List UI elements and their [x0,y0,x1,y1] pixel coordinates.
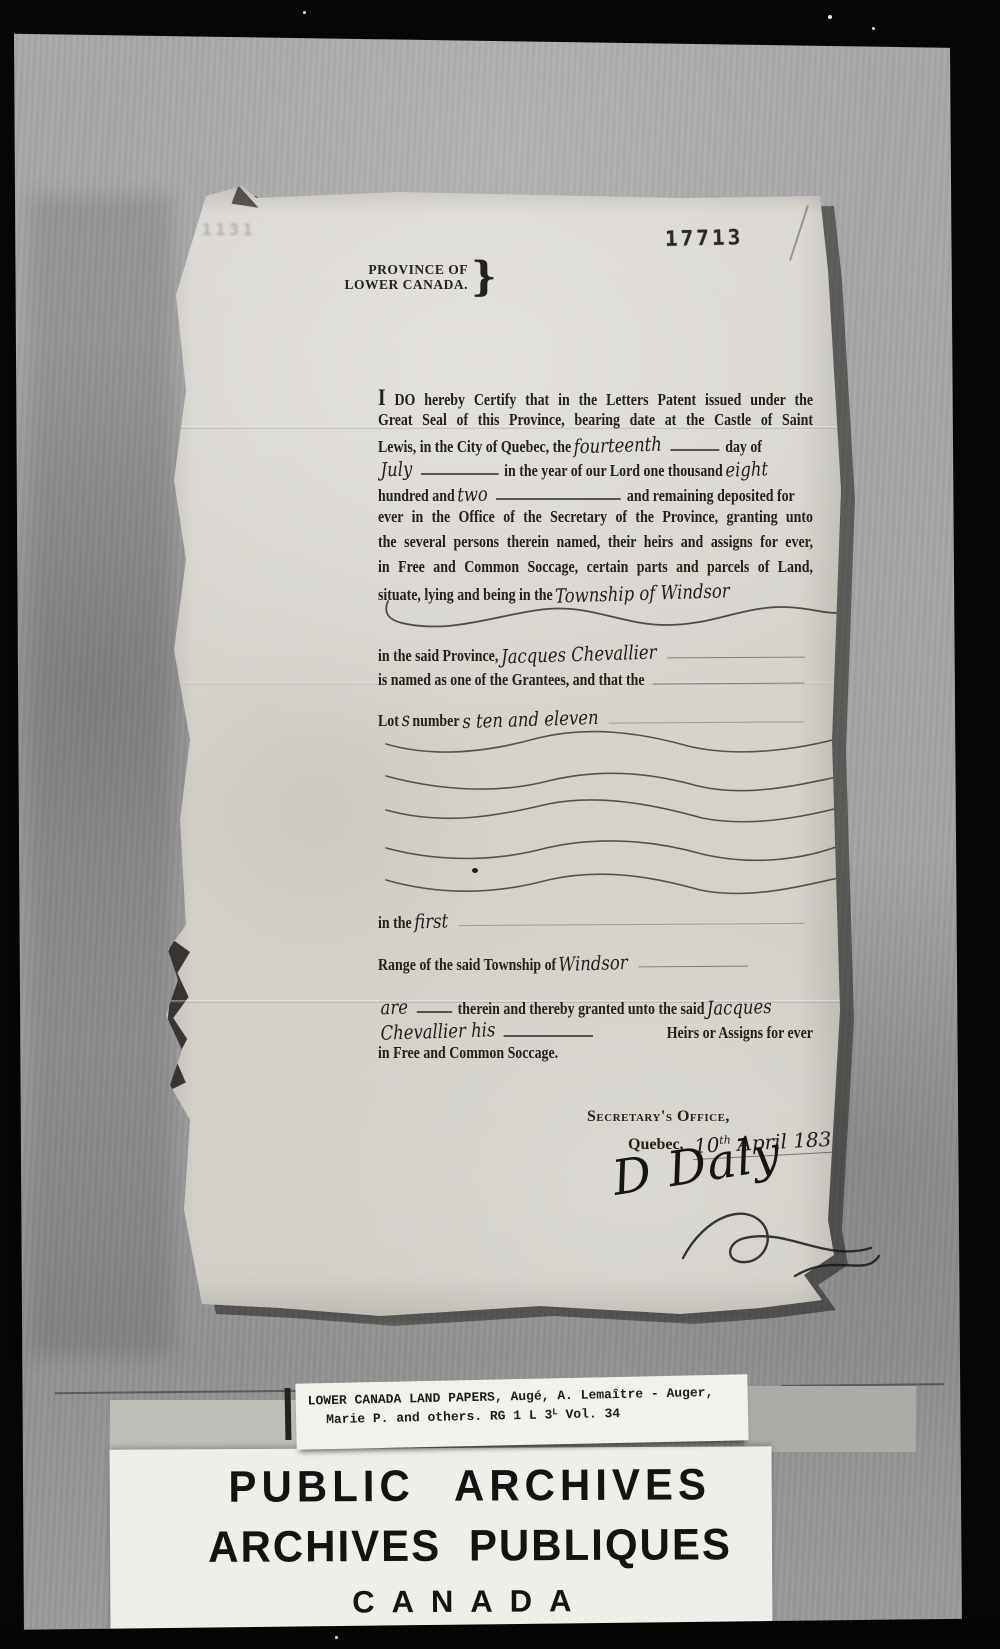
pen-dash [416,1002,451,1012]
body-line-2: Great Seal of this Province, bearing dat… [378,410,813,430]
body-line-7: the several persons therein named, their… [378,532,813,552]
handwritten-day: fourteenth [573,433,662,459]
faint-stamp-number: 1131 [202,220,257,239]
handwritten-grantee-first-name: Jacques [707,995,772,1020]
film-speck [335,1636,338,1639]
handwritten-year-part: eight [725,457,768,481]
film-speck [872,27,875,30]
document-number-stamp: 17713 [665,225,744,251]
archives-country: CANADA [168,1582,772,1621]
label-edge-shadow [285,1388,292,1440]
underlying-label-patch [110,1400,310,1454]
handwritten-year-part: two [457,483,488,507]
body-line-16: Chevallier his Heirs or Assigns for ever [378,1020,813,1043]
film-speck [303,11,306,14]
secretarys-office-heading: Secretary's Office, [587,1108,730,1126]
board-left-shading [28,195,173,1355]
pen-wave-filler-lines [382,728,852,913]
body-line-6: ever in the Office of the Secretary of t… [378,507,813,527]
body-line-17: in Free and Common Soccage. [378,1043,813,1063]
pen-dash [421,464,499,474]
body-line-15: are therein and thereby granted unto the… [378,996,813,1019]
archives-title-en: PUBLIC ARCHIVES [168,1459,772,1513]
body-line-11: is named as one of the Grantees, and tha… [378,670,813,690]
public-archives-label: PUBLIC ARCHIVES ARCHIVES PUBLIQUES CANAD… [110,1446,773,1629]
pen-rule [459,916,805,927]
underlying-label-patch [744,1386,916,1452]
handwritten-grantee-name: Jacques Chevallier [501,641,657,669]
body-line-14: Range of the said Township of Windsor [378,952,813,975]
province-heading: PROVINCE OF LOWER CANADA. } [336,260,497,294]
pen-rule [667,650,804,659]
top-right-crease [789,205,809,261]
curly-brace: } [471,260,497,294]
body-line-3: Lewis, in the City of Quebec, the fourte… [378,434,813,457]
handwritten-grantee-surname: Chevallier his [380,1018,495,1045]
handwritten-township: Windsor [558,951,628,976]
pen-rule [609,715,804,725]
drop-initial: I [378,385,386,410]
province-line2: LOWER CANADA. [336,277,468,292]
pen-dash [504,1026,593,1036]
countersignature-flourish [675,1192,885,1292]
province-heading-text: PROVINCE OF LOWER CANADA. [336,262,468,292]
typed-catalog-label: LOWER CANADA LAND PAPERS, Augé, A. Lemaî… [295,1374,748,1449]
pen-dash [670,440,719,450]
body-line-8: in Free and Common Soccage, certain part… [378,557,813,577]
body-line-1: I DO hereby Certify that in the Letters … [378,385,813,411]
film-speck [828,15,832,19]
handwritten-month: July [380,458,412,482]
pen-rule [653,675,805,684]
handwritten-range: first [414,909,448,933]
body-line-10: in the said Province, Jacques Chevallier [378,643,813,666]
body-line-4: July in the year of our Lord one thousan… [378,458,813,481]
handwritten-are: are [380,996,408,1020]
body-line-13: in the first [378,910,813,933]
body-line-5: hundred and two and remaining deposited … [378,483,813,506]
photographed-document-scan: 1131 17713 PROVINCE OF LOWER CANADA. } I… [0,0,1000,1649]
pen-rule [639,959,749,968]
pen-squiggle-filler [382,595,852,640]
archives-title-fr: ARCHIVES PUBLIQUES [168,1519,772,1573]
province-line1: PROVINCE OF [336,262,468,277]
pen-dash [496,489,621,499]
certificate-page: 1131 17713 PROVINCE OF LOWER CANADA. } I… [160,180,860,1320]
